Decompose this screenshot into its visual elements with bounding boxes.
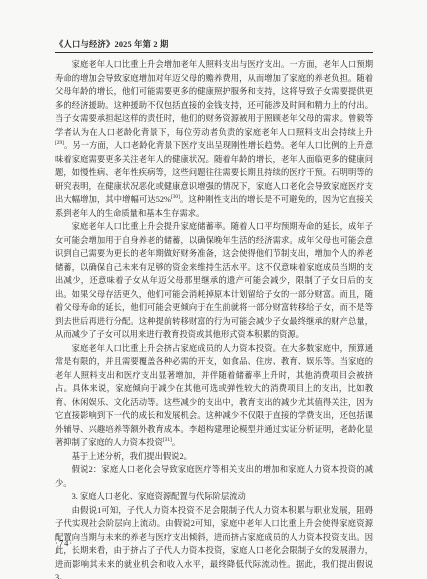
paragraph-text: 家庭老年人口比重上升会挤占家庭成员的人力资本投资。在大多数家庭中，预算通常是有限… [55,344,373,448]
article-body: 家庭老年人口比重上升会增加老年人照料支出与医疗支出。一方面，老年人口预期寿命的增… [55,58,373,579]
paragraph-text: 。 [172,438,180,447]
paragraph-household-saving: 家庭老年人口比重上升会提升家庭储蓄率。随着人口平均预期寿命的延长，成年子女可能会… [55,220,373,342]
citation-marker-30: [30] [171,194,180,200]
page-number: ·74· [55,538,73,548]
section-heading-3: 3. 家庭人口老化、家庭资源配置与代际阶层流动 [55,490,373,504]
paragraph-human-capital-crowding: 家庭老年人口比重上升会挤占家庭成员的人力资本投资。在大多数家庭中，预算通常是有限… [55,342,373,450]
running-head-journal-issue: 《人口与经济》2025 年第 2 期 [55,38,373,50]
paragraph-intergenerational-mobility: 由假说1可知，子代人力资本投资不足会限制子代人力资本积累与职业发展，阻碍子代实现… [55,504,373,579]
hypothesis2-statement: 假说2：家庭人口老化会导致家庭医疗等相关支出的增加和家庭人力资本投资的减少。 [55,463,373,490]
paragraph-care-medical-expense: 家庭老年人口比重上升会增加老年人照料支出与医疗支出。一方面，老年人口预期寿命的增… [55,58,373,220]
paragraph-text: 家庭老年人口比重上升会增加老年人照料支出与医疗支出。一方面，老年人口预期寿命的增… [55,60,373,137]
journal-page: 《人口与经济》2025 年第 2 期 家庭老年人口比重上升会增加老年人照料支出与… [0,0,427,579]
paragraph-hypothesis2-lead-in: 基于上述分析，我们提出假说2。 [55,450,373,464]
citation-marker-31: [31] [163,437,172,443]
header-divider-rule [55,52,373,53]
citation-marker-29: [29] [55,140,64,146]
